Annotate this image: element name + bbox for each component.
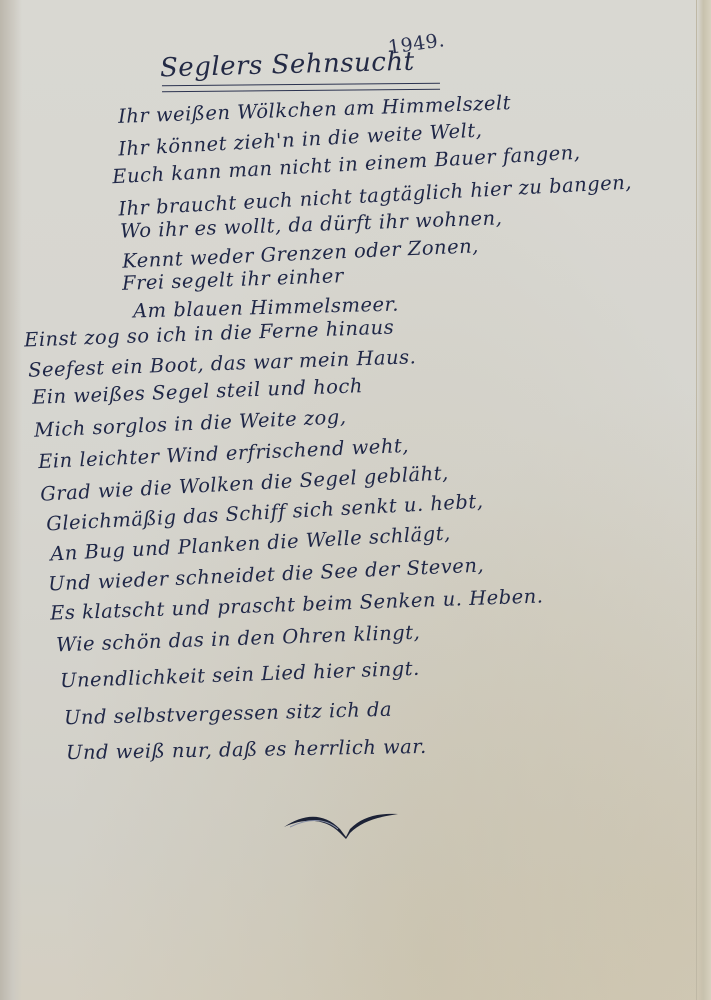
- poem-title: Seglers Sehnsucht: [160, 47, 415, 84]
- poem-line-21: Und selbstvergessen sitz ich da: [64, 698, 393, 730]
- poem-line-20: Unendlichkeit sein Lied hier singt.: [60, 657, 420, 693]
- poem-line-19: Wie schön das in den Ohren klingt,: [56, 621, 421, 657]
- poem-line-12: Mich sorglos in die Weite zog,: [34, 405, 347, 442]
- notebook-page: 1949. Seglers Sehnsucht Ihr weißen Wölkc…: [0, 0, 711, 1000]
- poem-line-22: Und weiß nur, daß es herrlich war.: [66, 735, 427, 764]
- seagull-icon: [282, 805, 402, 841]
- title-double-underline: [162, 83, 440, 92]
- poem-line-9: Einst zog so ich in die Ferne hinaus: [24, 316, 395, 352]
